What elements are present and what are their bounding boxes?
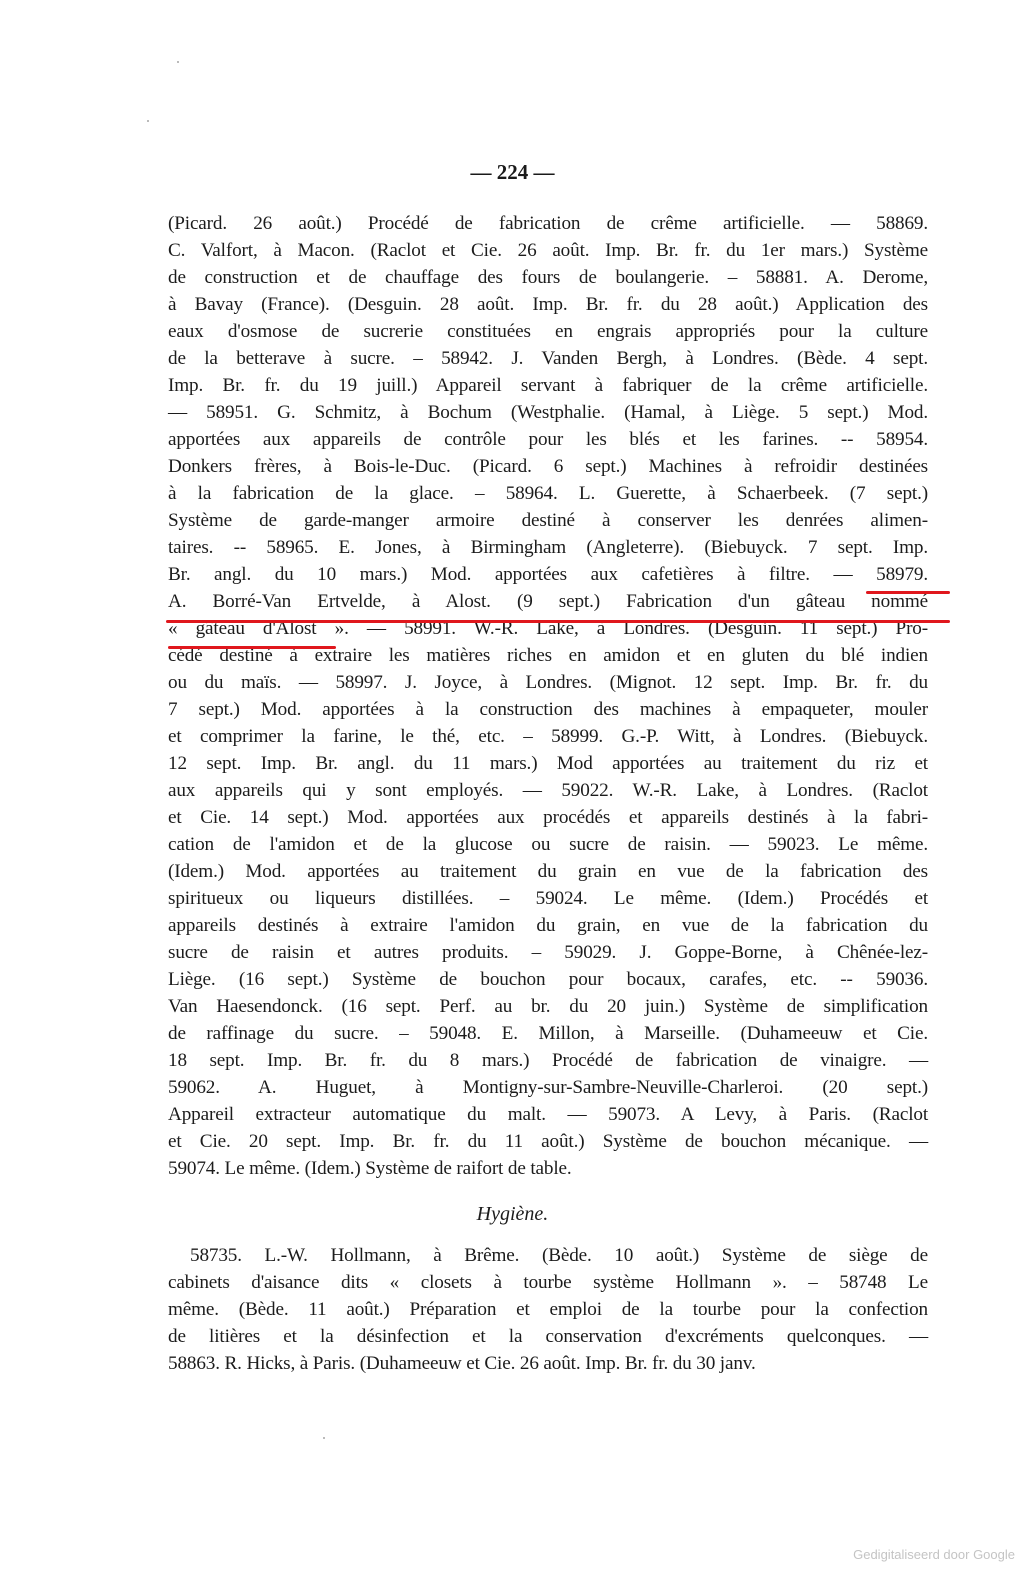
text-line: et Cie. 20 sept. Imp. Br. fr. du 11 août… <box>168 1128 928 1155</box>
text-line: — 58951. G. Schmitz, à Bochum (Westphali… <box>168 399 928 426</box>
text-line: de la betterave à sucre. – 58942. J. Van… <box>168 345 928 372</box>
text-line: à Bavay (France). (Desguin. 28 août. Imp… <box>168 291 928 318</box>
hygiene-text-block: 58735. L.-W. Hollmann, à Brême. (Bède. 1… <box>168 1242 928 1377</box>
text-line: 59062. A. Huguet, à Montigny-sur-Sambre-… <box>168 1074 928 1101</box>
scan-speck <box>177 61 179 63</box>
text-line: même. (Bède. 11 août.) Préparation et em… <box>168 1296 928 1323</box>
text-line: Système de garde-manger armoire destiné … <box>168 507 928 534</box>
text-line: taires. -- 58965. E. Jones, à Birmingham… <box>168 534 928 561</box>
text-line: 58735. L.-W. Hollmann, à Brême. (Bède. 1… <box>168 1242 928 1269</box>
main-text-block: (Picard. 26 août.) Procédé de fabricatio… <box>168 210 928 1182</box>
text-line: A. Borré-Van Ertvelde, à Alost. (9 sept.… <box>168 588 928 615</box>
red-underline <box>168 646 336 649</box>
text-line: cabinets d'aisance dits « closets à tour… <box>168 1269 928 1296</box>
text-line: aux appareils qui y sont employés. — 590… <box>168 777 928 804</box>
text-line: Liège. (16 sept.) Système de bouchon pou… <box>168 966 928 993</box>
section-heading-hygiene: Hygiène. <box>0 1203 1025 1226</box>
text-line: 12 sept. Imp. Br. angl. du 11 mars.) Mod… <box>168 750 928 777</box>
text-line: 18 sept. Imp. Br. fr. du 8 mars.) Procéd… <box>168 1047 928 1074</box>
text-line: Imp. Br. fr. du 19 juill.) Appareil serv… <box>168 372 928 399</box>
text-line: de litières et la désinfection et la con… <box>168 1323 928 1350</box>
text-line: ou du maïs. — 58997. J. Joyce, à Londres… <box>168 669 928 696</box>
page-number: — 224 — <box>0 160 1025 185</box>
text-line: à la fabrication de la glace. – 58964. L… <box>168 480 928 507</box>
scan-speck <box>147 120 149 122</box>
text-line: (Idem.) Mod. apportées au traitement du … <box>168 858 928 885</box>
text-line: eaux d'osmose de sucrerie constituées en… <box>168 318 928 345</box>
text-line: et Cie. 14 sept.) Mod. apportées aux pro… <box>168 804 928 831</box>
text-line: cation de l'amidon et de la glucose ou s… <box>168 831 928 858</box>
text-line: 59074. Le même. (Idem.) Système de raifo… <box>168 1155 928 1182</box>
text-line: et comprimer la farine, le thé, etc. – 5… <box>168 723 928 750</box>
text-line: spiritueux ou liqueurs distillées. – 590… <box>168 885 928 912</box>
text-line: 58863. R. Hicks, à Paris. (Duhameeuw et … <box>168 1350 928 1377</box>
text-line: de raffinage du sucre. – 59048. E. Millo… <box>168 1020 928 1047</box>
text-line: 7 sept.) Mod. apportées à la constructio… <box>168 696 928 723</box>
red-underline <box>166 620 950 623</box>
text-line: (Picard. 26 août.) Procédé de fabricatio… <box>168 210 928 237</box>
digitized-by-footer: Gedigitaliseerd door Google <box>853 1547 1015 1562</box>
text-line: sucre de raisin et autres produits. – 59… <box>168 939 928 966</box>
text-line: de construction et de chauffage des four… <box>168 264 928 291</box>
text-line: appareils destinés à extraire l'amidon d… <box>168 912 928 939</box>
scanned-page: — 224 — (Picard. 26 août.) Procédé de fa… <box>0 0 1025 1584</box>
text-line: Br. angl. du 10 mars.) Mod. apportées au… <box>168 561 928 588</box>
scan-speck <box>323 1437 325 1439</box>
text-line: Appareil extracteur automatique du malt.… <box>168 1101 928 1128</box>
text-line: C. Valfort, à Macon. (Raclot et Cie. 26 … <box>168 237 928 264</box>
text-line: apportées aux appareils de contrôle pour… <box>168 426 928 453</box>
text-line: Donkers frères, à Bois-le-Duc. (Picard. … <box>168 453 928 480</box>
text-line: Van Haesendonck. (16 sept. Perf. au br. … <box>168 993 928 1020</box>
red-underline <box>866 591 950 594</box>
